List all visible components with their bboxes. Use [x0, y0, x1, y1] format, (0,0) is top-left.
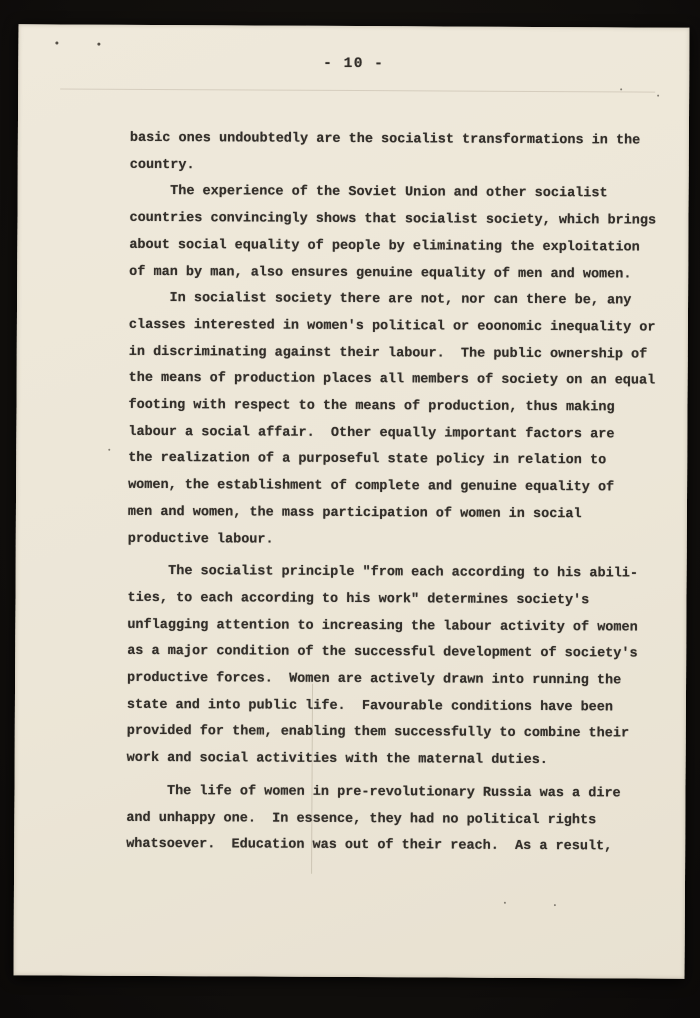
text-line: men and women, the mass participation of… [128, 500, 680, 530]
text-line: ties, to each according to his work" det… [127, 586, 679, 616]
text-line: the realization of a purposeful state po… [128, 446, 680, 476]
text-line: productive labour. [128, 526, 680, 556]
text-body: basic ones undoubtedly are the socialist… [126, 126, 682, 862]
paper-speck [657, 95, 659, 97]
text-line: of man by man, also ensures genuine equa… [129, 259, 681, 289]
text-line: whatsoever. Education was out of their r… [126, 832, 678, 862]
text-line: The life of women in pre-revolutionary R… [126, 779, 678, 809]
paragraph: The experience of the Soviet Union and o… [129, 179, 682, 289]
text-line: footing with respect to the means of pro… [128, 393, 680, 423]
paragraph: basic ones undoubtedly are the socialist… [130, 126, 682, 182]
text-line: in discriminating against their labour. … [129, 339, 681, 369]
scan-background: { "colors": { "background": "#100e0c", "… [0, 0, 700, 1018]
paper-speck [108, 449, 110, 451]
paragraph: The life of women in pre-revolutionary R… [126, 779, 678, 862]
paragraph: The socialist principle "from each accor… [127, 559, 680, 776]
text-line: basic ones undoubtedly are the socialist… [130, 126, 682, 156]
text-line: as a major condition of the successful d… [127, 639, 679, 669]
text-line: country. [130, 153, 682, 183]
text-line: The socialist principle "from each accor… [128, 559, 680, 589]
text-line: provided for them, enabling them success… [127, 719, 679, 749]
paper-speck [504, 902, 506, 904]
pinhole-mark [97, 43, 100, 46]
page-number: - 10 - [18, 54, 689, 74]
paper-speck [620, 88, 622, 90]
text-line: In socialist society there are not, nor … [129, 286, 681, 316]
paper-speck [554, 904, 556, 906]
text-line: about social equality of people by elimi… [129, 233, 681, 263]
text-line: The experience of the Soviet Union and o… [130, 179, 682, 209]
paper-page: - 10 - basic ones undoubtedly are the so… [14, 24, 690, 979]
text-line: unflagging attention to increasing the l… [127, 612, 679, 642]
text-line: state and into public life. Favourable c… [127, 693, 679, 723]
text-line: labour a social affair. Other equally im… [128, 420, 680, 450]
pinhole-mark [55, 41, 58, 44]
text-line: productive forces. Women are actively dr… [127, 666, 679, 696]
text-line: the means of production places all membe… [129, 366, 681, 396]
paper-crease-horizontal [60, 88, 655, 92]
text-line: work and social activities with the mate… [127, 746, 679, 776]
text-line: women, the establishment of complete and… [128, 473, 680, 503]
text-line: countries convincingly shows that social… [129, 206, 681, 236]
text-line: and unhappy one. In essence, they had no… [126, 805, 678, 835]
text-line: classes interested in women's political … [129, 313, 681, 343]
paragraph: In socialist society there are not, nor … [128, 286, 681, 556]
